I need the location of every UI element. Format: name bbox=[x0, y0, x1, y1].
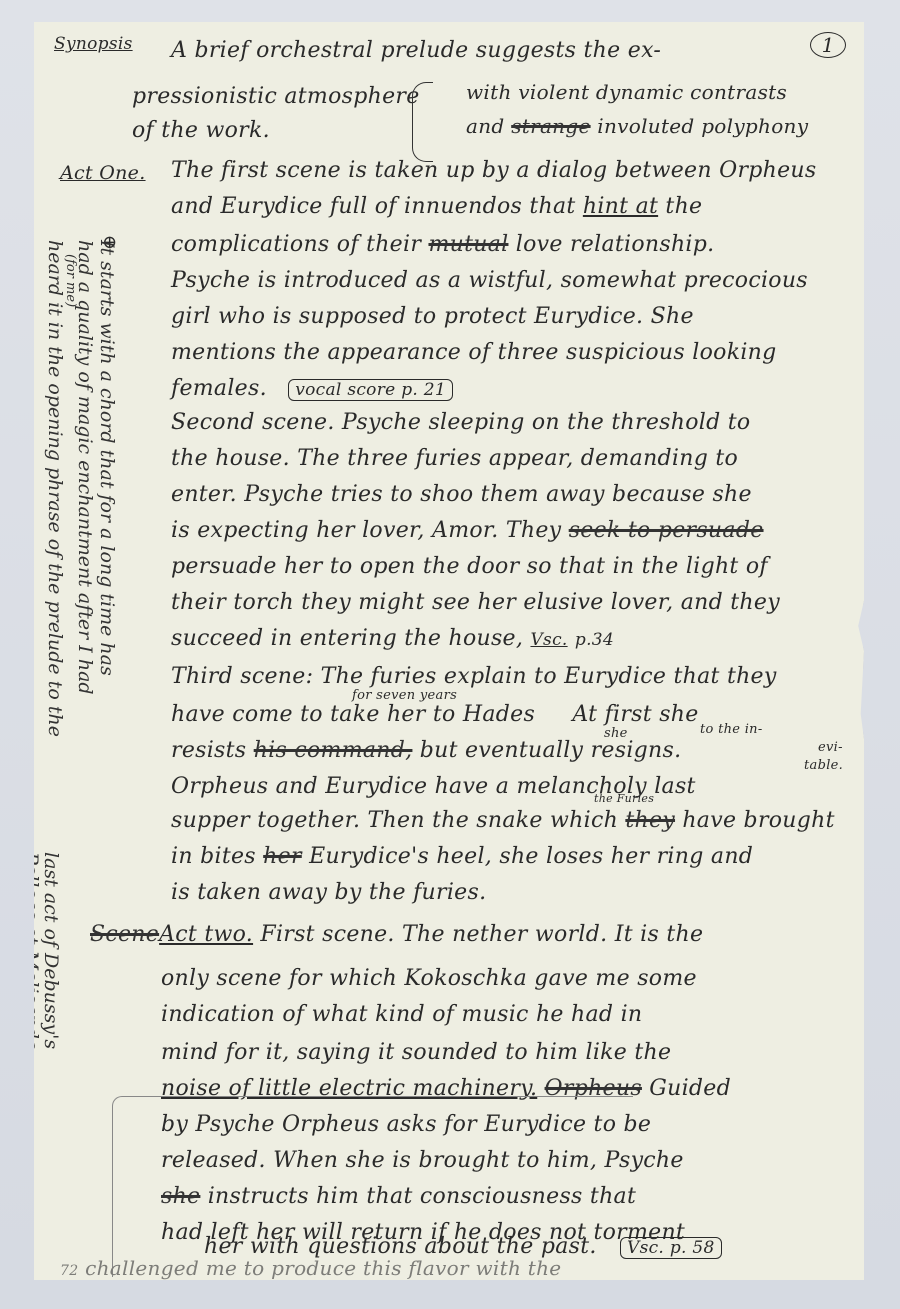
act-two-label: Act two. bbox=[159, 922, 253, 947]
insert-text: involuted polyphony bbox=[597, 114, 808, 138]
scene3-line-2: have come to take her to Hades At first … bbox=[171, 702, 699, 727]
line-text: the bbox=[665, 194, 702, 219]
inserted-hint-at: hint at bbox=[583, 194, 658, 219]
scene2-line-1: Second scene. Psyche sleeping on the thr… bbox=[171, 410, 750, 435]
score-reference-box: Vsc. p. 58 bbox=[620, 1237, 722, 1259]
line-text: At first she bbox=[572, 702, 698, 727]
score-reference-page: p.34 bbox=[575, 630, 614, 650]
scene3-insert-to-the: to the in- bbox=[700, 722, 763, 737]
scene2-line-5: persuade her to open the door so that in… bbox=[171, 554, 768, 579]
line-text: resists bbox=[171, 738, 246, 763]
scene3-margin-evi: evi- bbox=[818, 740, 843, 755]
line-text: Eurydice's heel, she loses her ring and bbox=[309, 844, 753, 869]
act-one-line-6: mentions the appearance of three suspici… bbox=[171, 340, 777, 365]
bracket-insert-line-2: and strange involuted polyphony bbox=[466, 114, 808, 138]
line-text: supper together. Then the snake which bbox=[171, 808, 618, 833]
struck-word: strange bbox=[511, 114, 590, 138]
line-text: to Hades bbox=[433, 702, 535, 727]
scene3-margin-table: table. bbox=[804, 758, 843, 773]
line-text: succeed in entering the house, bbox=[171, 626, 523, 651]
scene3-line-3: resists his command, but eventually resi… bbox=[171, 738, 681, 763]
score-reference-box: vocal score p. 21 bbox=[288, 379, 453, 401]
act-one-line-7: females. vocal score p. 21 bbox=[171, 376, 453, 401]
intro-line-2: pressionistic atmosphere bbox=[132, 84, 420, 109]
struck-word: her bbox=[263, 844, 302, 869]
score-reference-label: Vsc. bbox=[530, 630, 567, 650]
intro-text: A brief orchestral bbox=[171, 38, 373, 63]
act-one-line-4: Psyche is introduced as a wistful, somew… bbox=[171, 268, 808, 293]
act-one-line-3: complications of their mutual love relat… bbox=[171, 232, 714, 257]
intro-line-3: of the work. bbox=[132, 118, 270, 143]
act-two-line-2: only scene for which Kokoschka gave me s… bbox=[161, 966, 697, 991]
scene3-insert-furies: the Furies bbox=[594, 792, 654, 805]
line-text: instructs him that consciousness that bbox=[208, 1184, 636, 1209]
scene3-line-1: Third scene: The furies explain to Euryd… bbox=[171, 664, 777, 689]
line-text: females. bbox=[171, 376, 267, 401]
bracket-insert-line-1: with violent dynamic contrasts bbox=[466, 80, 787, 104]
line-text: First scene. The nether world. It is the bbox=[260, 922, 703, 947]
struck-word: they bbox=[625, 808, 675, 833]
intro-text: suggests the ex- bbox=[476, 38, 661, 63]
act-two-header: SceneAct two. First scene. The nether wo… bbox=[90, 922, 703, 947]
scene3-line-7: is taken away by the furies. bbox=[171, 880, 486, 905]
act-two-line-7: released. When she is brought to him, Ps… bbox=[161, 1148, 684, 1173]
intro-line-1: A brief orchestral prelude suggests the … bbox=[171, 38, 661, 63]
margin-note-line-2: had a quality of magic enchantment after… bbox=[74, 240, 96, 695]
struck-label: Scene bbox=[90, 922, 159, 947]
scene3-line-6: in bites her Eurydice's heel, she loses … bbox=[171, 844, 753, 869]
act-one-line-2: and Eurydice full of innuendos that hint… bbox=[171, 194, 702, 219]
line-text: and Eurydice full of innuendos that bbox=[171, 194, 576, 219]
line-text: complications of their bbox=[171, 232, 421, 257]
line-text: is expecting her lover, Amor. They bbox=[171, 518, 561, 543]
scene2-line-4: is expecting her lover, Amor. They seek … bbox=[171, 518, 764, 543]
act-one-label: Act One. bbox=[60, 162, 146, 184]
struck-phrase: his command, bbox=[254, 738, 413, 763]
act-two-line-8: she instructs him that consciousness tha… bbox=[161, 1184, 636, 1209]
scene3-insert-years: for seven years bbox=[352, 688, 457, 703]
act-one-line-5: girl who is supposed to protect Eurydice… bbox=[171, 304, 694, 329]
line-text: Guided bbox=[649, 1076, 731, 1101]
manuscript-page: Synopsis 1 A brief orchestral prelude su… bbox=[34, 22, 864, 1280]
line-text: have brought bbox=[682, 808, 834, 833]
scene2-line-3: enter. Psyche tries to shoo them away be… bbox=[171, 482, 752, 507]
line-text: but eventually bbox=[420, 738, 584, 763]
margin-note-line-4: heard it in the opening phrase of the pr… bbox=[44, 240, 66, 737]
act-two-line-3: indication of what kind of music he had … bbox=[161, 1002, 642, 1027]
act-two-line-4: mind for it, saying it sounded to him li… bbox=[161, 1040, 671, 1065]
insertion-bracket bbox=[412, 82, 433, 162]
margin-note-line-5: last act of Debussy's bbox=[40, 852, 62, 1049]
insert-text: and bbox=[466, 114, 505, 138]
scene3-line-5: supper together. Then the snake which th… bbox=[171, 808, 835, 833]
line-text: resigns. bbox=[591, 738, 682, 763]
act-one-line-1: The first scene is taken up by a dialog … bbox=[171, 158, 817, 183]
line-text: have come to take her bbox=[171, 702, 426, 727]
scene2-line-7: succeed in entering the house, Vsc. p.34 bbox=[171, 626, 614, 651]
struck-word: she bbox=[161, 1184, 200, 1209]
line-text: in bites bbox=[171, 844, 256, 869]
scene2-line-2: the house. The three furies appear, dema… bbox=[171, 446, 738, 471]
margin-note-line-1: It starts with a chord that for a long t… bbox=[96, 240, 118, 676]
struck-phrase: seek to persuade bbox=[569, 518, 764, 543]
scene2-line-6: their torch they might see her elusive l… bbox=[171, 590, 780, 615]
line-text: love relationship. bbox=[516, 232, 715, 257]
page-number-circle: 1 bbox=[810, 32, 846, 58]
heading-synopsis: Synopsis bbox=[54, 34, 133, 54]
struck-word: mutual bbox=[428, 232, 508, 257]
act-two-line-6: by Psyche Orpheus asks for Eurydice to b… bbox=[161, 1112, 651, 1137]
intro-inserted-prelude: prelude bbox=[380, 38, 468, 63]
